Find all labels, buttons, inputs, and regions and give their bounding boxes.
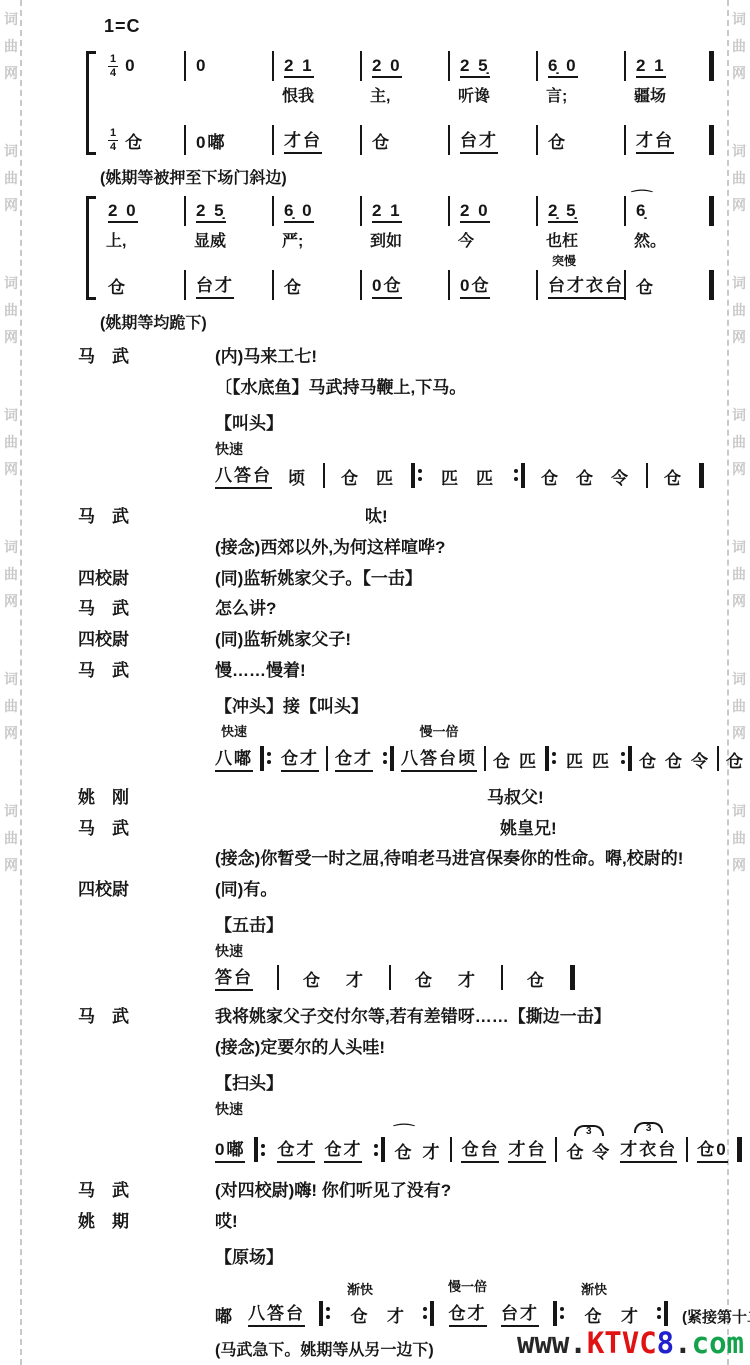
decoration: 匹 xyxy=(376,464,395,489)
barline xyxy=(555,1136,557,1163)
watermark-segment: KTVC xyxy=(587,1326,657,1360)
tempo-sublabel xyxy=(538,107,626,125)
watermark-char: 网 xyxy=(3,726,19,740)
decoration: 4 xyxy=(108,66,118,79)
tempo-sublabel xyxy=(186,107,274,125)
measures: 14014仓00嘟2 1恨我才台2 0主,仓2 5̣听谗台才6̣ 0言;仓2 1… xyxy=(98,51,714,155)
decoration xyxy=(484,746,486,771)
measure: 2̣ 5̣也枉突慢台才衣台 xyxy=(538,196,626,300)
perc-cell: 0仓 xyxy=(362,270,450,300)
decoration: 0 xyxy=(125,56,136,75)
measure: 2 0今0仓 xyxy=(450,196,538,300)
tempo-sublabel xyxy=(450,252,538,270)
decoration: 2 0 xyxy=(108,201,138,223)
measure: 2 0上,仓 xyxy=(98,196,186,300)
repeat-end-barline xyxy=(420,1300,434,1327)
decoration xyxy=(514,469,518,473)
decoration xyxy=(254,1137,258,1162)
watermark-text: 词曲网 xyxy=(731,276,747,344)
site-watermark: www.KTVC8.com xyxy=(517,1326,744,1360)
decoration xyxy=(560,1307,564,1319)
watermark-char: 词 xyxy=(3,408,19,422)
measures: 2 0上,仓2 5̣显威台才6̣ 0严;仓2 1到如0仓2 0今0仓2̣ 5̣也… xyxy=(98,196,714,300)
decoration: 1 xyxy=(110,127,116,139)
left-dashed-rule xyxy=(20,0,22,1365)
tempo-sublabel xyxy=(362,252,450,270)
melody-cell: 2 1 xyxy=(274,51,362,81)
watermark-char: 词 xyxy=(3,804,19,818)
measure: 2 1疆场才台 xyxy=(626,51,714,155)
perc-cell: 才台 xyxy=(626,125,714,155)
dialogue-row: 姚 期 哎! xyxy=(58,1210,726,1234)
percussion-syllable: 八答台 xyxy=(248,1299,305,1327)
decoration xyxy=(657,1307,661,1311)
speaker-name xyxy=(58,376,215,400)
watermark-text: 词曲网 xyxy=(731,804,747,872)
decoration: 才 xyxy=(458,966,477,991)
dialogue-text: (同)有。 xyxy=(215,878,277,902)
watermark-char: 曲 xyxy=(3,39,19,53)
percussion-syllable: 仓才 xyxy=(324,1135,362,1163)
decoration xyxy=(423,1307,427,1311)
decoration xyxy=(323,463,325,488)
watermark-char: 曲 xyxy=(3,831,19,845)
perc-cell: 14仓 xyxy=(98,125,186,155)
watermark-text: 词曲网 xyxy=(731,408,747,476)
lyric-cell: 然。 xyxy=(626,226,714,252)
tempo-label: 快速 xyxy=(221,721,247,740)
triplet-mark: 3 xyxy=(574,1125,604,1136)
decoration: 才 xyxy=(422,1138,441,1163)
music-system-1: 14014仓00嘟2 1恨我才台2 0主,仓2 5̣听谗台才6̣ 0言;仓2 1… xyxy=(86,51,714,155)
repeat-end-barline xyxy=(380,745,394,772)
decoration xyxy=(560,1315,564,1319)
percussion-syllable: 才 xyxy=(346,966,365,991)
decoration: 才 xyxy=(387,1302,406,1327)
fermata-mark: ⌒ xyxy=(631,187,653,204)
decoration xyxy=(621,760,625,764)
barline xyxy=(326,745,328,772)
dialogue-row: 四校尉 (同)有。 xyxy=(58,878,726,902)
measure: 2 1恨我才台 xyxy=(274,51,362,155)
decoration xyxy=(628,746,632,771)
watermark-text: 词曲网 xyxy=(3,804,19,872)
watermark-char: 曲 xyxy=(3,303,19,317)
watermark-char: 网 xyxy=(731,726,747,740)
decoration: 答台 xyxy=(215,963,253,991)
tempo-sublabel: 突慢 xyxy=(538,252,626,270)
decoration: 仓 xyxy=(372,128,391,153)
decoration: 仓 xyxy=(664,464,683,489)
melody-cell: 0 xyxy=(186,51,274,81)
decoration: 仓才 xyxy=(335,744,373,772)
dialogue-row: 姚 刚 马叔父! xyxy=(58,786,726,810)
decoration: 仓 xyxy=(493,747,512,772)
measure: 2 5̣听谗台才 xyxy=(450,51,538,155)
watermark-segment: www. xyxy=(517,1326,587,1360)
dialogue-row: (接念)西郊以外,为何这样喧哗? xyxy=(58,536,726,560)
perc-cell: 0嘟 xyxy=(186,125,274,155)
triplet-mark: 3 xyxy=(634,1122,664,1133)
decoration xyxy=(545,746,549,771)
percussion-syllable: 答台 xyxy=(215,963,253,991)
decoration: 八答台 xyxy=(215,461,272,489)
melody-cell: 2 0 xyxy=(450,196,538,226)
decoration xyxy=(552,760,556,764)
decoration: 台才衣台 xyxy=(548,271,624,299)
perc-cell: 仓 xyxy=(362,125,450,155)
decoration: 才 xyxy=(621,1302,640,1327)
decoration: 嘟 xyxy=(215,1302,234,1327)
lyric-cell: 恨我 xyxy=(274,81,362,107)
repeat-start-barline xyxy=(260,745,274,772)
decoration: 仓 xyxy=(303,966,322,991)
note-group: 2̣ 5̣ xyxy=(548,201,578,221)
decoration: 仓 xyxy=(639,747,658,772)
tempo-sublabel xyxy=(274,252,362,270)
melody-cell: 2 0 xyxy=(362,51,450,81)
melody-cell: 2 1 xyxy=(626,51,714,81)
decoration xyxy=(552,752,556,756)
watermark-char: 词 xyxy=(731,144,747,158)
decoration xyxy=(389,965,391,990)
watermark-char: 词 xyxy=(731,12,747,26)
dialogue-text: (接念)你暂受一时之屈,待咱老马进宫保奏你的性命。嘚,校尉的! xyxy=(215,847,683,871)
decoration: 仓 xyxy=(527,966,546,991)
dialogue-text: (同)监斩姚家父子。【一击】 xyxy=(215,567,422,591)
tempo-marking: 快速 xyxy=(215,442,726,457)
final-barline xyxy=(737,1136,742,1163)
decoration xyxy=(326,1307,330,1311)
barline xyxy=(450,1136,452,1163)
watermark-text: 词曲网 xyxy=(3,672,19,740)
side-watermark-left: 词曲网词曲网词曲网词曲网词曲网词曲网词曲网 xyxy=(3,12,19,872)
decoration: 仓 xyxy=(636,273,655,298)
decoration: 0仓 xyxy=(372,271,402,299)
decoration: 2 0 xyxy=(372,56,402,78)
repeat-start-barline xyxy=(553,1300,567,1327)
decoration xyxy=(555,1137,557,1162)
decoration xyxy=(418,469,422,481)
decoration: 仓才 xyxy=(324,1135,362,1163)
speaker-name: 姚 刚 xyxy=(58,786,215,810)
measure: 2 1到如0仓 xyxy=(362,196,450,300)
speaker-name: 四校尉 xyxy=(58,878,215,902)
lyric-cell: 言; xyxy=(538,81,626,107)
percussion-syllable: 匹 xyxy=(376,464,395,489)
decoration xyxy=(560,1307,564,1311)
decoration xyxy=(383,752,387,764)
watermark-text: 词曲网 xyxy=(731,12,747,80)
decoration xyxy=(621,752,625,764)
melody-cell: 2 5̣ xyxy=(186,196,274,226)
note-group: 2 5̣ xyxy=(196,201,226,221)
decoration: 仓 xyxy=(548,128,567,153)
decoration: 仓才 xyxy=(449,1299,487,1327)
watermark-char: 曲 xyxy=(731,699,747,713)
percussion-syllable: 0嘟 xyxy=(215,1135,245,1163)
system-bracket xyxy=(86,196,96,300)
decoration: 才台 xyxy=(508,1135,546,1163)
watermark-text: 词曲网 xyxy=(3,144,19,212)
decoration: 1 xyxy=(110,53,116,65)
shout-text: 姚皇兄! xyxy=(500,817,557,841)
dialogue-row: 马 武 (内)马来工七! xyxy=(58,345,726,369)
percussion-syllable: 仓台 xyxy=(461,1135,499,1163)
watermark-char: 曲 xyxy=(731,39,747,53)
percussion-syllable: 台才 xyxy=(501,1299,539,1327)
decoration xyxy=(514,477,518,481)
perc-cell: 才台 xyxy=(274,125,362,155)
measure: 2 0主,仓 xyxy=(362,51,450,155)
lyric-cell xyxy=(186,81,274,107)
repeat-end-barline xyxy=(371,1136,385,1163)
watermark-char: 曲 xyxy=(731,435,747,449)
decoration: 0仓 xyxy=(460,271,490,299)
decoration: 2̣ 5̣ xyxy=(548,201,578,223)
percussion-line-saotou: 0嘟仓才仓才⌒仓才仓台才台3仓 令3才衣台仓0 xyxy=(215,1121,726,1163)
decoration xyxy=(699,463,704,488)
tempo-sublabel xyxy=(98,252,186,270)
decoration xyxy=(657,1307,661,1319)
decoration: 仓 xyxy=(284,273,303,298)
percussion-syllable: 渐快仓 xyxy=(347,1279,373,1327)
barline xyxy=(686,1136,688,1163)
lyric-cell: 显威 xyxy=(186,226,274,252)
speaker-name: 四校尉 xyxy=(58,567,215,591)
dialogue-text: 怎么讲? xyxy=(215,597,276,621)
speaker-name: 马 武 xyxy=(58,1179,215,1203)
note-group: 6̣ 0 xyxy=(548,56,578,76)
decoration: 仓 xyxy=(125,128,144,153)
dialogue-row: 马 武 怎么讲? xyxy=(58,597,726,621)
decoration xyxy=(267,752,271,764)
tempo-label: 渐快 xyxy=(347,1279,373,1298)
decoration xyxy=(374,1144,378,1148)
dialogue-row: 马 武 慢……慢着! xyxy=(58,659,726,683)
decoration xyxy=(717,746,719,771)
key-signature: 1=C xyxy=(104,16,726,37)
decoration: 匹 xyxy=(566,747,585,772)
decoration xyxy=(418,477,422,481)
speaker-name: 四校尉 xyxy=(58,628,215,652)
barline xyxy=(323,462,325,489)
decoration xyxy=(383,760,387,764)
dialogue-row: 马 武 我将姚家父子交付尔等,若有差错呀……【撕边一击】 xyxy=(58,1005,726,1029)
lyric-cell: 到如 xyxy=(362,226,450,252)
lyric-cell: 严; xyxy=(274,226,362,252)
decoration xyxy=(261,1144,265,1156)
watermark-segment: 8 xyxy=(657,1326,674,1360)
percussion-syllable: 仓 xyxy=(303,966,322,991)
percussion-syllable: 匹 xyxy=(476,464,495,489)
decoration: 2 1 xyxy=(284,56,314,78)
note-group: 2 0 xyxy=(372,56,402,76)
percussion-tag: 【扫头】 xyxy=(215,1069,726,1094)
watermark-char: 网 xyxy=(3,462,19,476)
decoration: 匹 xyxy=(441,464,460,489)
percussion-syllable: 才 xyxy=(621,1302,640,1327)
speaker-name xyxy=(58,1036,215,1060)
decoration: 八答台 xyxy=(248,1299,305,1327)
decoration: 八答台顷 xyxy=(401,744,477,772)
melody-cell: 6̣ 0 xyxy=(538,51,626,81)
watermark-char: 曲 xyxy=(731,567,747,581)
dialogue-row: (接念)定要尔的人头哇! xyxy=(58,1036,726,1060)
decoration: 顷 xyxy=(288,464,307,489)
decoration: 2 5̣ xyxy=(460,56,490,78)
note-group: 2 1 xyxy=(284,56,314,76)
watermark-text: 词曲网 xyxy=(3,12,19,80)
decoration xyxy=(267,760,271,764)
watermark-text: 词曲网 xyxy=(3,540,19,608)
tempo-label: 渐快 xyxy=(581,1279,607,1298)
decoration: 仓 令 xyxy=(566,1138,611,1163)
music-system-2: 2 0上,仓2 5̣显威台才6̣ 0严;仓2 1到如0仓2 0今0仓2̣ 5̣也… xyxy=(86,196,714,300)
watermark-char: 网 xyxy=(3,198,19,212)
repeat-end-barline xyxy=(618,745,632,772)
watermark-char: 词 xyxy=(731,540,747,554)
watermark-char: 曲 xyxy=(3,567,19,581)
lyric-cell: 也枉 xyxy=(538,226,626,252)
decoration xyxy=(267,752,271,756)
decoration xyxy=(423,1315,427,1319)
decoration: 2 1 xyxy=(636,56,666,78)
decoration: 仓0 xyxy=(697,1135,727,1163)
decoration xyxy=(326,1307,330,1319)
percussion-syllable: 仓才 xyxy=(335,744,373,772)
note-group: 0 xyxy=(125,56,136,76)
decoration: 2 5̣ xyxy=(196,201,226,223)
percussion-syllable: 八答台 xyxy=(215,461,272,489)
dialogue-row: (接念)你暂受一时之屈,待咱老马进宫保奏你的性命。嘚,校尉的! xyxy=(58,847,726,871)
melody-cell: 2 0 xyxy=(98,196,186,226)
watermark-char: 网 xyxy=(731,858,747,872)
tempo-sublabel xyxy=(274,107,362,125)
watermark-char: 曲 xyxy=(3,171,19,185)
decoration xyxy=(553,1301,557,1326)
decoration xyxy=(374,1152,378,1156)
tempo-marking: 快速 xyxy=(215,1102,726,1117)
note-group: 2 1 xyxy=(636,56,666,76)
watermark-char: 网 xyxy=(3,594,19,608)
note-group: 6̣ 0 xyxy=(284,201,314,221)
decoration: 仓才 xyxy=(281,744,319,772)
decoration: 仓 xyxy=(394,1138,413,1163)
percussion-syllable: 仓 xyxy=(415,966,434,991)
melody-cell: 6̣ 0 xyxy=(274,196,362,226)
decoration xyxy=(418,469,422,473)
measure: 14014仓 xyxy=(98,51,186,155)
perc-cell: 仓 xyxy=(274,270,362,300)
watermark-text: 词曲网 xyxy=(731,144,747,212)
tempo-sublabel xyxy=(450,107,538,125)
lyric-cell: 主, xyxy=(362,81,450,107)
perc-cell: 仓 xyxy=(98,270,186,300)
final-barline xyxy=(699,462,704,489)
speaker-name xyxy=(58,847,215,871)
watermark-char: 曲 xyxy=(731,171,747,185)
watermark-char: 网 xyxy=(731,330,747,344)
watermark-char: 网 xyxy=(731,594,747,608)
note-group: 2 1 xyxy=(372,201,402,221)
percussion-syllable: 仓 xyxy=(665,747,684,772)
tempo-sublabel xyxy=(626,107,714,125)
dialogue-text: 哎! xyxy=(215,1210,238,1234)
decoration xyxy=(521,463,525,488)
watermark-char: 词 xyxy=(3,276,19,290)
decoration xyxy=(326,746,328,771)
decoration xyxy=(570,965,575,990)
speaker-name: 马 武 xyxy=(58,505,215,529)
lyric-cell: 疆场 xyxy=(626,81,714,107)
time-signature: 14 xyxy=(108,53,118,78)
dialogue-text: (接念)西郊以外,为何这样喧哗? xyxy=(215,536,445,560)
percussion-syllable: 仓 xyxy=(493,747,512,772)
decoration: (紧接第十二场) xyxy=(682,1306,750,1327)
perc-cell: 台才 xyxy=(450,125,538,155)
percussion-syllable: 嘟 xyxy=(215,1302,234,1327)
percussion-syllable: 匹 xyxy=(592,747,611,772)
watermark-char: 网 xyxy=(3,858,19,872)
decoration: 仓 xyxy=(351,1302,370,1327)
watermark-segment: com xyxy=(692,1326,744,1360)
shout-text: 呔! xyxy=(365,505,388,529)
perc-cell: 仓 xyxy=(626,270,714,300)
dialogue-text: 慢……慢着! xyxy=(215,659,306,683)
percussion-syllable: 匹 xyxy=(566,747,585,772)
percussion-syllable: 仓 xyxy=(576,464,595,489)
watermark-char: 词 xyxy=(3,540,19,554)
dialogue-text: (对四校尉)嗨! 你们听见了没有? xyxy=(215,1179,451,1203)
decoration: 才衣台 xyxy=(620,1135,677,1163)
decoration xyxy=(261,1152,265,1156)
decoration: 6̣ 0 xyxy=(284,201,314,223)
decoration xyxy=(411,463,415,488)
decoration: 0嘟 xyxy=(196,128,226,153)
decoration: 6̣ 0 xyxy=(548,56,578,78)
decoration: 仓 xyxy=(576,464,595,489)
perc-cell: 0仓 xyxy=(450,270,538,300)
watermark-char: 词 xyxy=(3,12,19,26)
percussion-syllable: 仓 xyxy=(639,747,658,772)
watermark-char: 曲 xyxy=(731,303,747,317)
repeat-start-barline xyxy=(411,462,425,489)
watermark-text: 词曲网 xyxy=(3,408,19,476)
stage-direction-1: (姚期等被押至下场门斜边) xyxy=(100,165,726,188)
decoration xyxy=(261,1144,265,1148)
side-watermark-right: 词曲网词曲网词曲网词曲网词曲网词曲网词曲网 xyxy=(731,12,747,872)
fermata-mark: ⌒ xyxy=(393,1121,415,1138)
dialogue-text: (内)马来工七! xyxy=(215,345,317,369)
decoration: 才台 xyxy=(636,126,674,154)
percussion-syllable: 仓 xyxy=(664,464,683,489)
decoration xyxy=(501,965,503,990)
repeat-end-barline xyxy=(511,462,525,489)
percussion-syllable: 令 xyxy=(611,464,630,489)
note-group: 2 0 xyxy=(108,201,138,221)
decoration: 仓 xyxy=(108,273,127,298)
decoration: 仓 xyxy=(585,1302,604,1327)
percussion-syllable: ⌒仓 xyxy=(394,1121,413,1163)
perc-cell: 台才 xyxy=(186,270,274,300)
watermark-char: 网 xyxy=(731,198,747,212)
percussion-syllable: 顷 xyxy=(288,464,307,489)
note-group: ⌒6̣ xyxy=(636,201,647,221)
decoration xyxy=(260,746,264,771)
decoration xyxy=(646,463,648,488)
watermark-char: 词 xyxy=(3,672,19,686)
